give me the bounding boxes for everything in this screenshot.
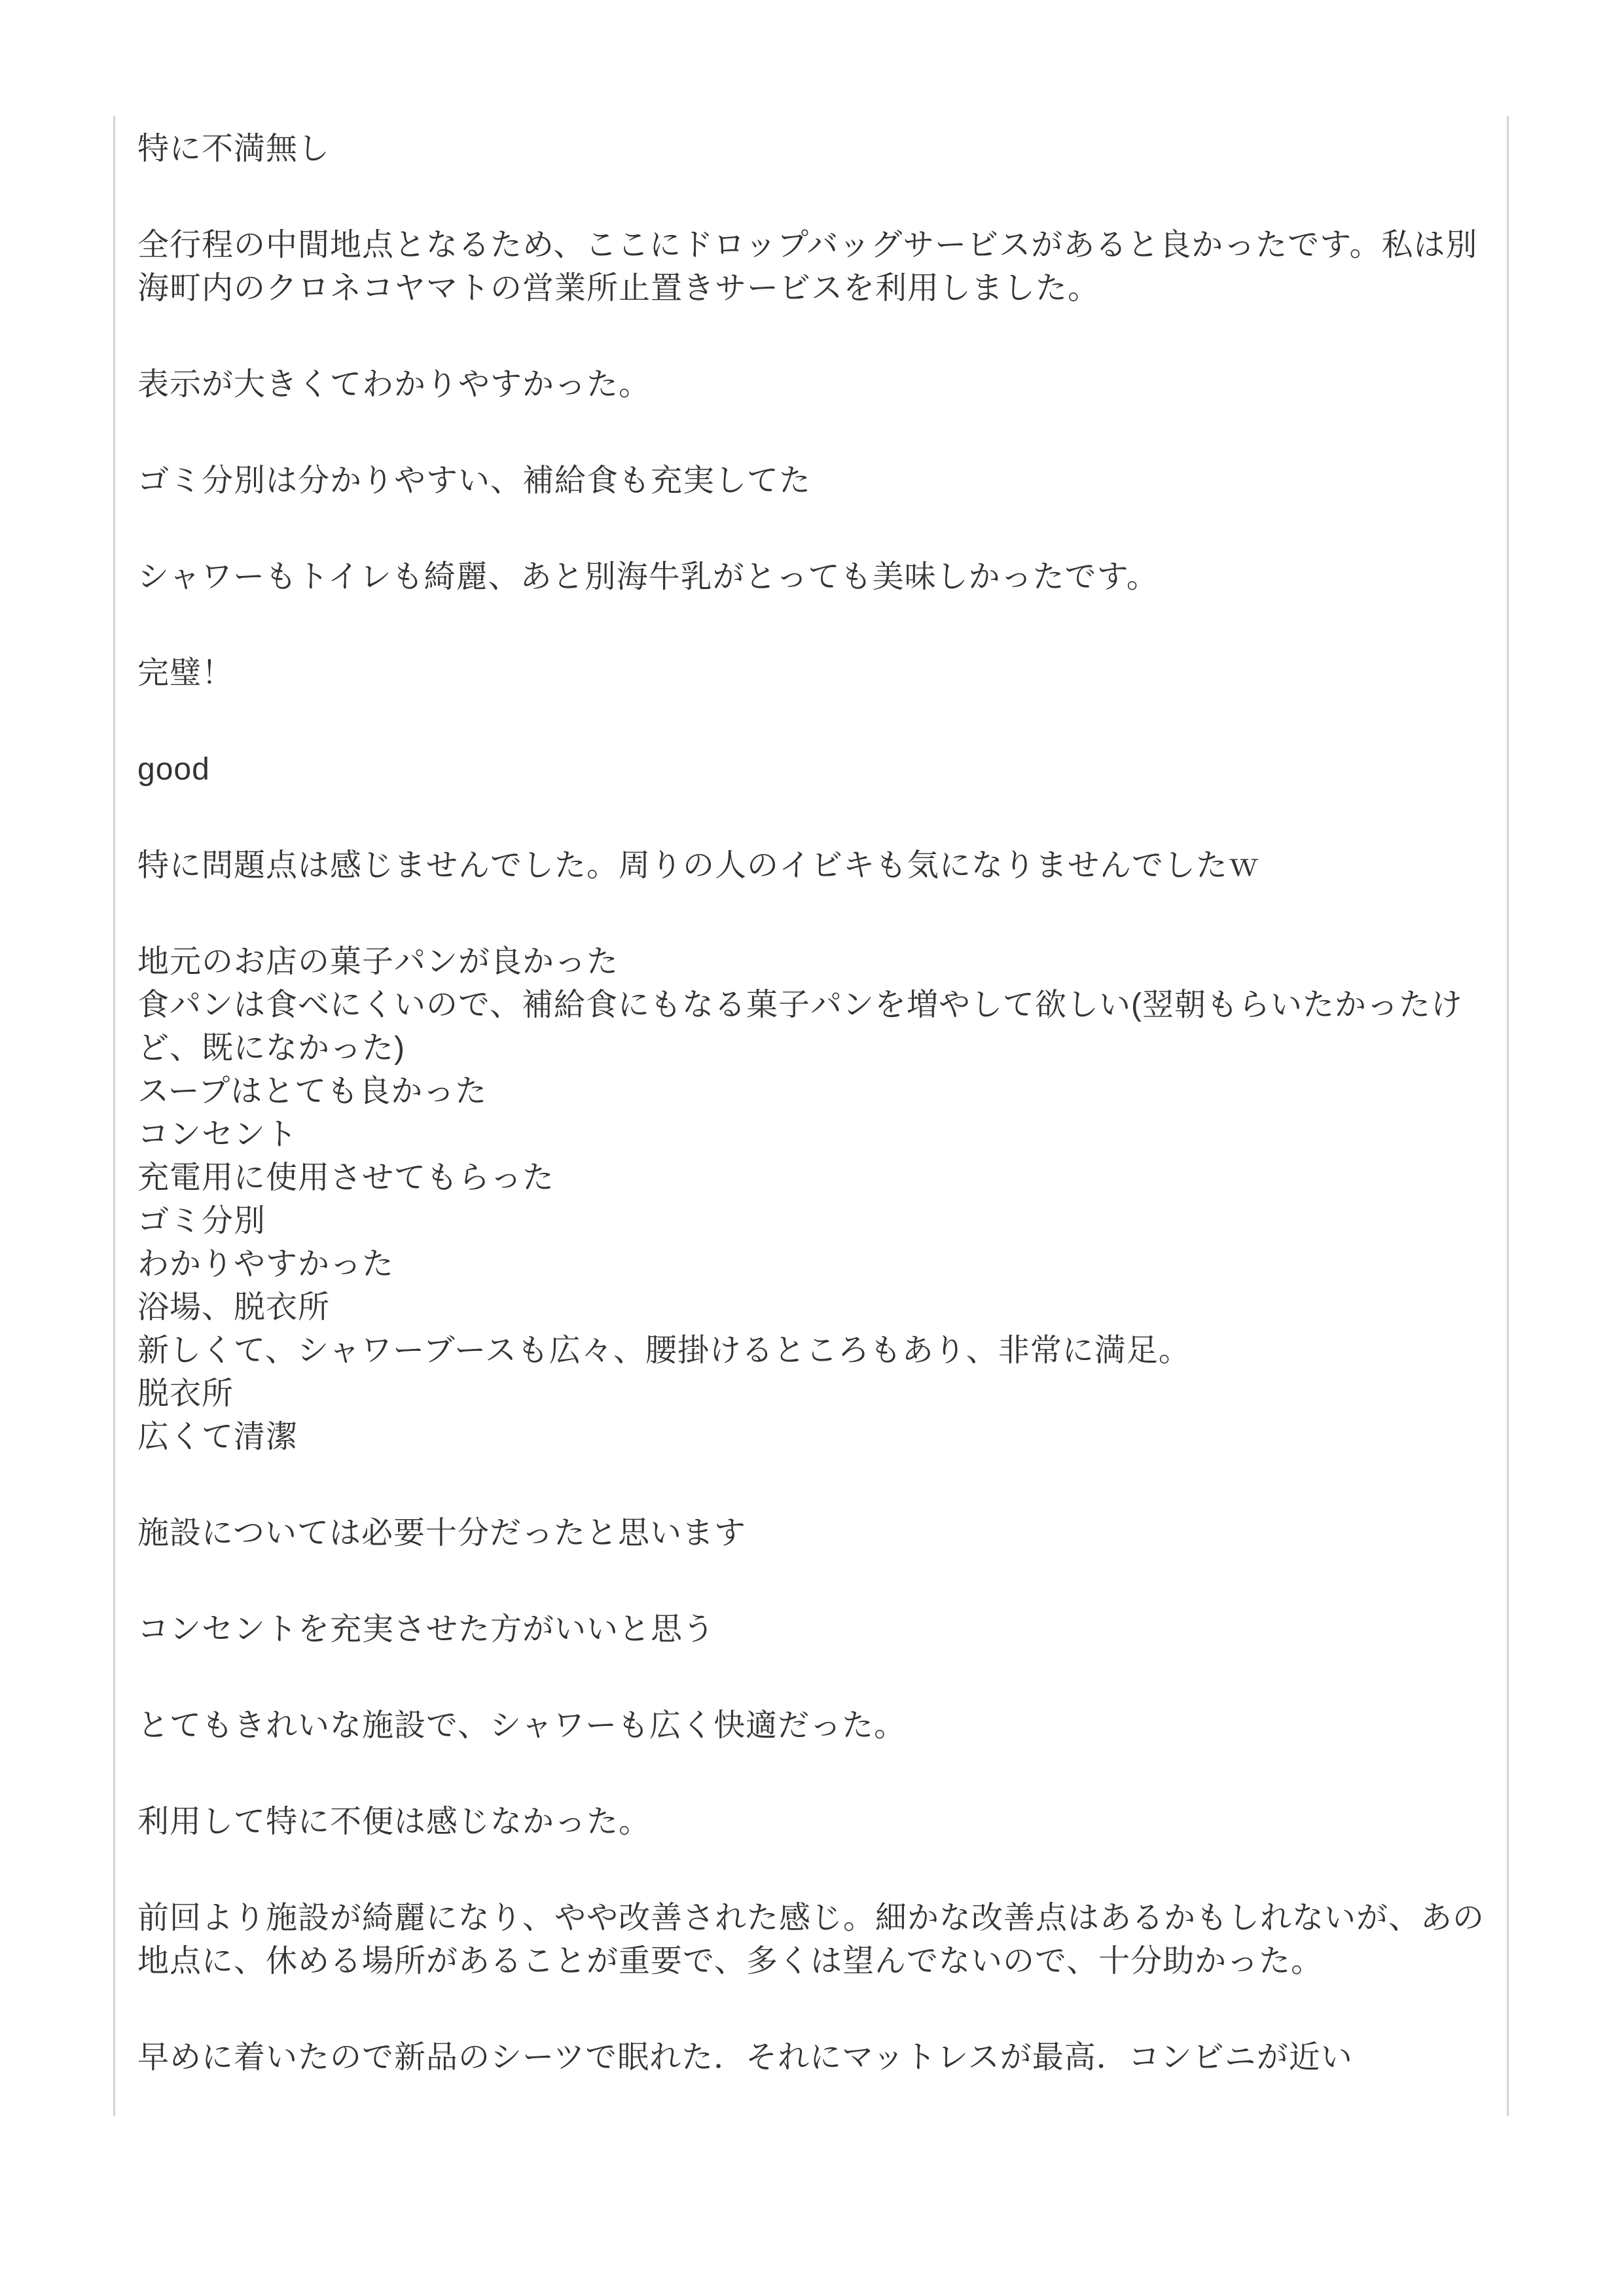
comment-text: 特に不満無し (137, 128, 1485, 171)
comment-text: コンセントを充実させた方がいいと思う (137, 1608, 1485, 1651)
comment-text: 完璧！ (137, 652, 1485, 695)
comment-text: 利用して特に不便は感じなかった。 (137, 1801, 1485, 1844)
comment-text: good (137, 748, 1485, 791)
comment-text: とてもきれいな施設で、シャワーも広く快適だった。 (137, 1704, 1485, 1748)
comment-text: 地元のお店の菓子パンが良かった 食パンは食べにくいので、補給食にもなる菓子パンを… (137, 941, 1485, 1459)
comment-text: シャワーもトイレも綺麗、あと別海牛乳がとっても美味しかったです。 (137, 556, 1485, 599)
comment-text: 特に問題点は感じませんでした。周りの人のイビキも気になりませんでしたｗ (137, 844, 1485, 888)
comment-text: 早めに着いたので新品のシーツで眠れた．それにマットレスが最高．コンビニが近い (137, 2036, 1485, 2079)
comments-list: 特に不満無し全行程の中間地点となるため、ここにドロップバッグサービスがあると良か… (137, 128, 1485, 2079)
comment-text: ゴミ分別は分かりやすい、補給食も充実してた (137, 459, 1485, 503)
comment-text: 全行程の中間地点となるため、ここにドロップバッグサービスがあると良かったです。私… (137, 224, 1485, 310)
comments-column: 特に不満無し全行程の中間地点となるため、ここにドロップバッグサービスがあると良か… (113, 116, 1509, 2116)
comment-text: 施設については必要十分だったと思います (137, 1512, 1485, 1555)
comment-text: 前回より施設が綺麗になり、やや改善された感じ。細かな改善点はあるかもしれないが、… (137, 1897, 1485, 1983)
comment-text: 表示が大きくてわかりやすかった。 (137, 363, 1485, 406)
